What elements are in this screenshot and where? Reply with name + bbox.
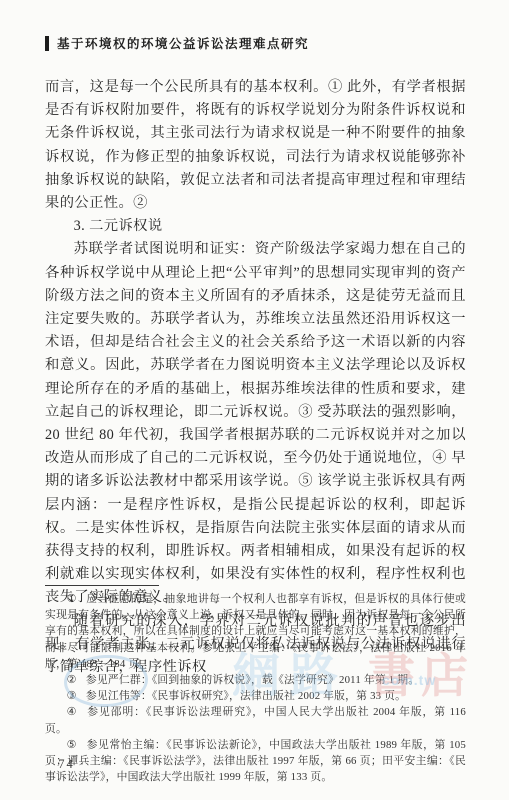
footnote-4: ④ 参见邵明：《民事诉讼法理研究》，中国人民大学出版社 2004 年版，第 11… bbox=[45, 704, 466, 736]
footnotes-block: ① 应当注意的是，抽象地讲每一个权利人也都享有诉权，但是诉权的具体行使或实现是有… bbox=[45, 591, 466, 785]
footnote-marker: ⑤ bbox=[67, 739, 77, 751]
footnote-marker: ① bbox=[67, 593, 77, 605]
footnote-text: 应当注意的是，抽象地讲每一个权利人也都享有诉权，但是诉权的具体行使或实现是有条件… bbox=[45, 593, 466, 670]
running-head: 基于环境权的环境公益诉讼法理难点研究 bbox=[45, 34, 309, 52]
paragraph-soviet-theory: 苏联学者试图说明和证实：资产阶级法学家竭力想在自己的各种诉权学说中从理论上把“公… bbox=[45, 238, 466, 609]
page-number: · 74 · bbox=[47, 757, 86, 772]
footnote-5: ⑤ 参见常怡主编：《民事诉讼法新论》，中国政法大学出版社 1989 年版，第 1… bbox=[45, 737, 466, 786]
footnote-2: ② 参见严仁群：《回到抽象的诉权说》，载《法学研究》2011 年第 1 期。 bbox=[45, 672, 466, 688]
footnote-text: 参见严仁群：《回到抽象的诉权说》，载《法学研究》2011 年第 1 期。 bbox=[86, 674, 419, 686]
footnote-3: ③ 参见江伟等：《民事诉权研究》，法律出版社 2002 年版，第 33 页。 bbox=[45, 688, 466, 704]
running-head-title: 基于环境权的环境公益诉讼法理难点研究 bbox=[57, 34, 309, 52]
footnote-text: 参见邵明：《民事诉讼法理研究》，中国人民大学出版社 2004 年版，第 116 … bbox=[45, 706, 466, 734]
footnote-marker: ② bbox=[67, 674, 77, 686]
body-text-block: 而言，这是每一个公民所具有的基本权利。① 此外，有学者根据是否有诉权附加要件，将… bbox=[45, 76, 466, 679]
footnote-text: 参见江伟等：《民事诉权研究》，法律出版社 2002 年版，第 33 页。 bbox=[86, 690, 406, 702]
footnote-marker: ③ bbox=[67, 690, 77, 702]
section-heading: 3. 二元诉权说 bbox=[45, 215, 466, 238]
footnote-text: 参见常怡主编：《民事诉讼法新论》，中国政法大学出版社 1989 年版，第 105… bbox=[45, 739, 466, 783]
book-page: 基于环境权的环境公益诉讼法理难点研究 而言，这是每一个公民所具有的基本权利。① … bbox=[0, 0, 509, 800]
running-head-bar bbox=[45, 36, 49, 51]
footnote-marker: ④ bbox=[67, 706, 78, 718]
paragraph-continuation: 而言，这是每一个公民所具有的基本权利。① 此外，有学者根据是否有诉权附加要件，将… bbox=[45, 76, 466, 215]
footnote-divider bbox=[45, 585, 159, 586]
footnote-1: ① 应当注意的是，抽象地讲每一个权利人也都享有诉权，但是诉权的具体行使或实现是有… bbox=[45, 591, 466, 672]
